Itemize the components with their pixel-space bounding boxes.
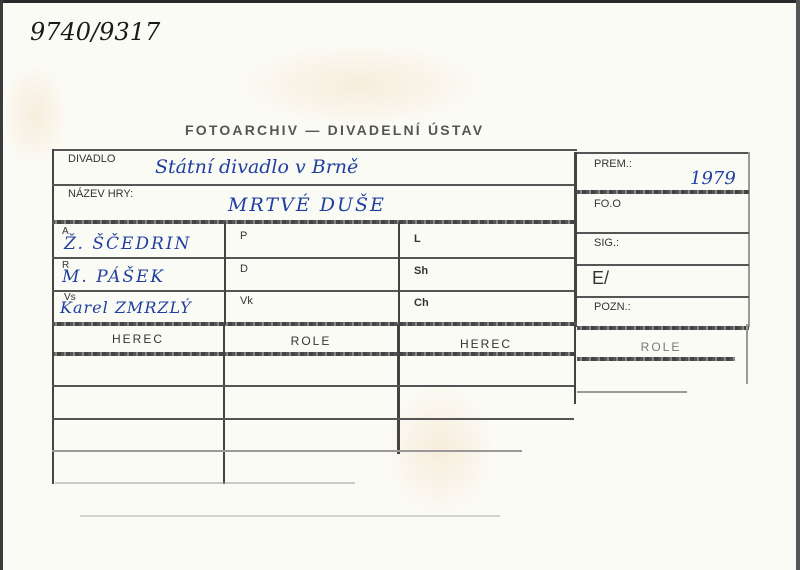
cast-border [52,324,54,484]
cast-header-herec-1: HEREC [52,332,224,346]
row-divider-thick [52,220,574,224]
paper-stain [230,40,490,130]
value-nazev-hry: MRTVÉ DUŠE [228,194,386,216]
label-foto: FO.O [594,198,621,210]
col-divider [224,222,226,324]
cast-header-divider [577,357,735,361]
paper-stain [0,60,70,170]
row-divider [577,296,749,298]
scan-border-top [0,0,800,3]
value-prem: 1979 [690,168,736,189]
label-p: P [240,230,247,242]
label-pozn: POZN.: [594,301,631,313]
value-a: Ž. ŠČEDRIN [64,234,191,254]
label-nazev-hry: NÁZEV HRY: [68,188,133,200]
value-divadlo: Státní divadlo v Brně [155,156,358,178]
row-divider [52,257,574,259]
archive-number: 9740/9317 [30,18,160,46]
row-divider-thick [577,326,749,330]
row-divider [52,184,574,186]
table-divider [574,152,577,327]
cast-row-divider [52,450,522,452]
cast-row-divider [52,385,574,387]
cast-row-divider [55,482,355,484]
cast-header-role-2: ROLE [575,340,747,354]
row-divider [577,232,749,234]
row-divider [577,264,749,266]
cast-row-divider [577,391,687,393]
cast-row-divider [80,515,500,517]
table-border [52,149,577,151]
row-divider-thick [52,322,577,326]
cast-row-divider [52,418,574,420]
faint-pencil-mark [55,505,65,540]
cast-col-divider [223,324,225,484]
cast-header-divider [52,352,574,356]
value-vs: Karel ZMRZLÝ [60,298,192,317]
label-divadlo: DIVADLO [68,153,115,165]
row-divider [52,290,574,292]
cast-header-role-1: ROLE [224,334,398,348]
table-border [52,149,54,324]
label-sig: SIG.: [594,237,619,249]
label-sh: Sh [414,265,428,277]
cast-border [746,324,748,384]
scan-border-left [0,0,3,570]
col-divider [398,222,400,324]
label-ch: Ch [414,297,429,309]
value-r: M. PÁŠEK [62,267,165,287]
cast-header-herec-2: HEREC [398,337,574,351]
label-vk: Vk [240,295,253,307]
label-l: L [414,233,421,245]
cast-col-divider [574,324,576,404]
label-prem: PREM.: [594,158,632,170]
label-e: E/ [592,268,609,289]
table-border [577,152,749,154]
row-divider-thick [577,190,749,194]
label-d: D [240,263,248,275]
table-border [748,152,750,327]
scan-border-right [796,0,800,570]
card-title: FOTOARCHIV — DIVADELNÍ ÚSTAV [185,122,484,138]
